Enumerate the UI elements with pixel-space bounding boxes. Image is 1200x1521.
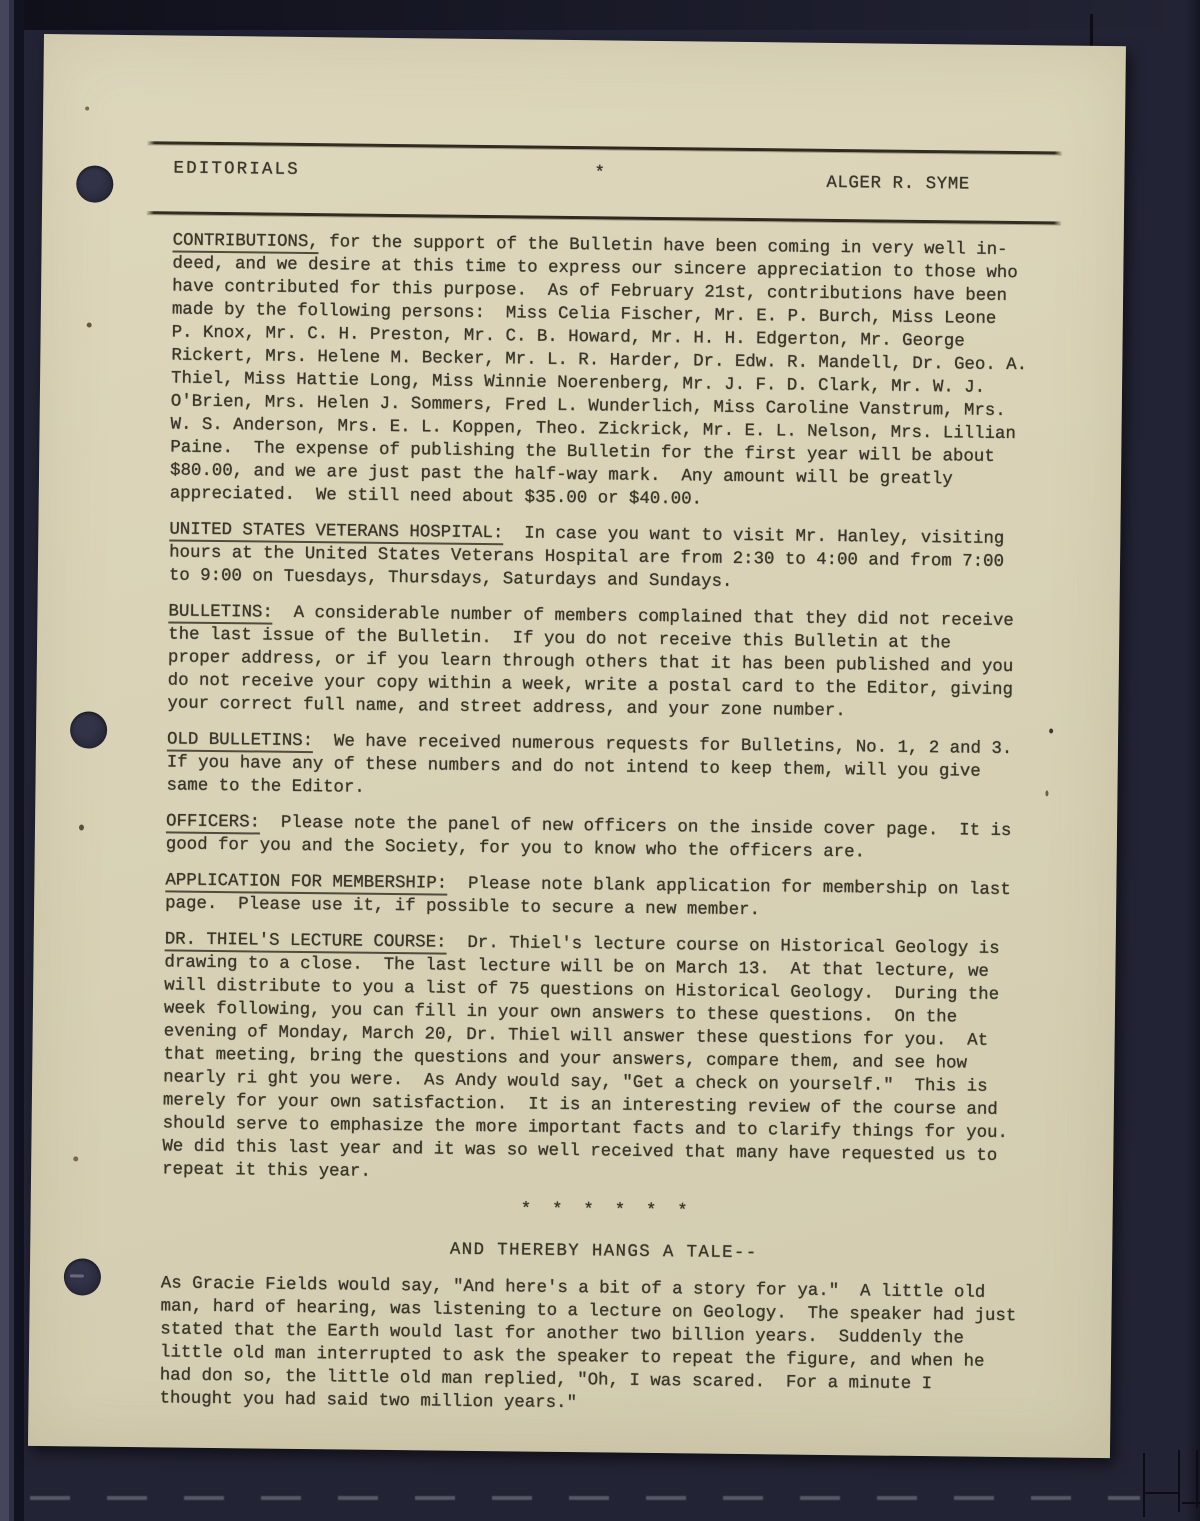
page-stack-edge xyxy=(1178,1450,1180,1512)
asterisk-separator: * * * * * * xyxy=(162,1194,1047,1227)
page-body: CONTRIBUTIONS, for the support of the Bu… xyxy=(159,229,1057,1433)
hole-glint xyxy=(70,1274,84,1277)
scan-background: { "colors": { "paper": "#d9d2b6", "ink":… xyxy=(0,0,1200,1521)
header-rule-top xyxy=(147,141,1063,154)
page-stack-edge xyxy=(1182,1502,1200,1504)
punch-hole-middle xyxy=(70,711,107,748)
perforation-marks xyxy=(30,1496,1140,1500)
editorial-section: APPLICATION FOR MEMBERSHIP: Please note … xyxy=(165,869,1050,925)
section-heading: OFFICERS: xyxy=(166,812,260,834)
section-heading: OLD BULLETINS: xyxy=(167,730,313,753)
page-stack-edge xyxy=(1145,1492,1180,1494)
header-author-name: ALGER R. SYME xyxy=(826,172,970,197)
paper-speck xyxy=(85,106,89,110)
editorial-section: OLD BULLETINS: We have received numerous… xyxy=(166,728,1052,807)
typed-content: EDITORIALS * ALGER R. SYME CONTRIBUTIONS… xyxy=(148,35,1064,45)
punch-hole-bottom xyxy=(64,1258,101,1295)
punch-hole-top xyxy=(76,165,113,202)
section-heading: BULLETINS: xyxy=(168,602,273,624)
tale-title: AND THEREBY HANGS A TALE-- xyxy=(161,1235,1046,1268)
paper-speck xyxy=(73,1156,78,1161)
header-rule-bottom xyxy=(146,211,1062,224)
header-star: * xyxy=(594,162,605,185)
tale-paragraph: As Gracie Fields would say, "And here's … xyxy=(159,1272,1046,1420)
editorial-sections: CONTRIBUTIONS, for the support of the Bu… xyxy=(162,229,1058,1191)
editorial-section: BULLETINS: A considerable number of memb… xyxy=(167,600,1053,725)
paper-speck xyxy=(87,323,92,328)
editorial-section: DR. THIEL'S LECTURE COURSE: Dr. Thiel's … xyxy=(162,928,1050,1191)
section-heading: CONTRIBUTIONS, xyxy=(173,231,319,254)
scanner-shadow-top xyxy=(0,0,1200,30)
header-title: EDITORIALS xyxy=(173,157,300,181)
editorial-section: UNITED STATES VETERANS HOSPITAL: In case… xyxy=(169,518,1055,597)
scanner-shadow-right xyxy=(1186,0,1200,1521)
binder-edge-left xyxy=(0,0,24,1521)
page-stack-edge xyxy=(1196,1450,1198,1508)
editorial-section: OFFICERS: Please note the panel of new o… xyxy=(166,810,1051,866)
page-stack-edge xyxy=(1143,1453,1145,1517)
editorial-section: CONTRIBUTIONS, for the support of the Bu… xyxy=(170,229,1058,515)
paper-sheet: EDITORIALS * ALGER R. SYME CONTRIBUTIONS… xyxy=(28,34,1126,1458)
paper-speck xyxy=(79,824,84,830)
